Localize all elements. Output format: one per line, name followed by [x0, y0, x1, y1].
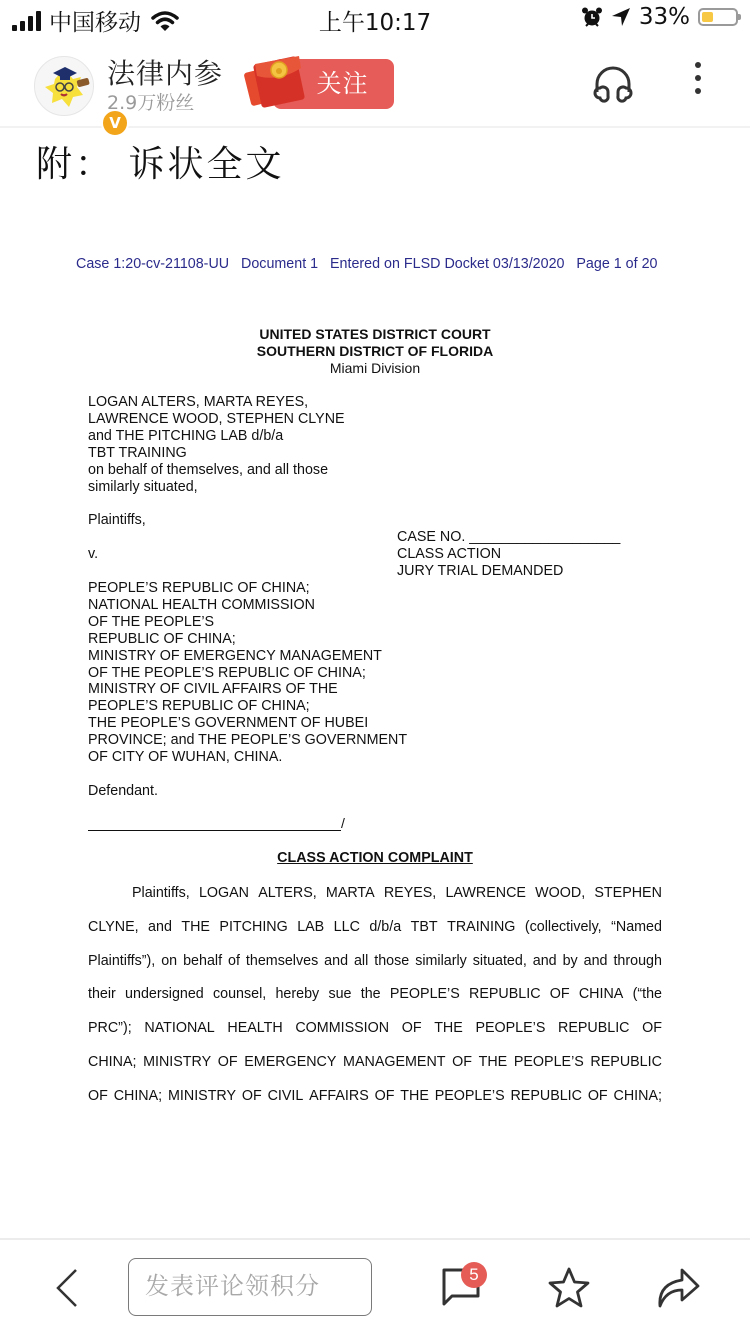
jury-demand-line: JURY TRIAL DEMANDED — [397, 563, 620, 580]
paragraph-line: Plaintiffs”),onbehalfofthemselvesandallt… — [88, 952, 662, 986]
share-icon[interactable] — [654, 1266, 702, 1310]
defendant-block: PEOPLE’S REPUBLIC OF CHINA; NATIONAL HEA… — [88, 580, 407, 766]
follow-control[interactable]: 关注 — [243, 54, 395, 112]
account-name[interactable]: 法律内参 — [107, 52, 223, 92]
paragraph-line: PRC”);NATIONALHEALTHCOMMISSIONOFTHEPEOPL… — [88, 1019, 662, 1053]
court-caption: UNITED STATES DISTRICT COURT SOUTHERN DI… — [0, 326, 750, 377]
article-heading: 附： 诉状全文 — [36, 136, 284, 187]
paragraph-line: theirundersignedcounsel,herebysuethePEOP… — [88, 985, 662, 1019]
plaintiffs-label: Plaintiffs, — [88, 512, 146, 529]
article-header: V 法律内参 2.9万粉丝 关注 — [0, 40, 750, 128]
signature-slash: / — [341, 815, 345, 831]
headphone-icon[interactable] — [592, 62, 634, 104]
plaintiff-line: and THE PITCHING LAB d/b/a — [88, 428, 345, 445]
court-line: Miami Division — [0, 360, 750, 377]
red-packet-icon — [243, 54, 307, 112]
defendant-line: MINISTRY OF EMERGENCY MANAGEMENT — [88, 648, 407, 665]
case-info: CASE NO. ___________________ CLASS ACTIO… — [397, 529, 620, 580]
case-type-line: CLASS ACTION — [397, 546, 620, 563]
signature-line — [88, 822, 341, 831]
avatar[interactable]: V — [34, 56, 94, 116]
docket-header: Case 1:20-cv-21108-UU Document 1 Entered… — [76, 256, 657, 272]
alarm-icon — [581, 6, 603, 28]
bottom-toolbar: 发表评论领积分 — [0, 1238, 750, 1334]
more-options-icon[interactable] — [686, 62, 710, 102]
paragraph-line: OFCHINA;MINISTRYOFCIVILAFFAIRSOFTHEPEOPL… — [88, 1087, 662, 1121]
defendant-label: Defendant. — [88, 783, 158, 800]
defendant-line: PEOPLE’S REPUBLIC OF CHINA; — [88, 698, 407, 715]
paragraph-line: CLYNE,andTHEPITCHINGLABLLCd/b/aTBTTRAINI… — [88, 918, 662, 952]
plaintiff-line: TBT TRAINING — [88, 445, 345, 462]
battery-percent: 33% — [639, 4, 690, 30]
defendant-line: OF THE PEOPLE’S REPUBLIC OF CHINA; — [88, 665, 407, 682]
paragraph-line: CHINA;MINISTRYOFEMERGENCYMANAGEMENTOFTHE… — [88, 1053, 662, 1087]
court-line: UNITED STATES DISTRICT COURT — [0, 326, 750, 343]
plaintiff-line: similarly situated, — [88, 479, 345, 496]
plaintiff-line: LOGAN ALTERS, MARTA REYES, — [88, 394, 345, 411]
fan-count: 2.9万粉丝 — [107, 88, 194, 115]
defendant-line: NATIONAL HEALTH COMMISSION — [88, 597, 407, 614]
star-icon[interactable] — [546, 1266, 592, 1310]
court-line: SOUTHERN DISTRICT OF FLORIDA — [0, 343, 750, 360]
defendant-line: OF THE PEOPLE’S — [88, 614, 407, 631]
comment-count-badge: 5 — [461, 1262, 487, 1288]
versus-label: v. — [88, 546, 98, 563]
defendant-line: MINISTRY OF CIVIL AFFAIRS OF THE — [88, 681, 407, 698]
plaintiff-line: LAWRENCE WOOD, STEPHEN CLYNE — [88, 411, 345, 428]
complaint-title: CLASS ACTION COMPLAINT — [0, 850, 750, 866]
location-icon — [611, 7, 631, 27]
defendant-line: PEOPLE’S REPUBLIC OF CHINA; — [88, 580, 407, 597]
defendant-line: REPUBLIC OF CHINA; — [88, 631, 407, 648]
plaintiff-block: LOGAN ALTERS, MARTA REYES, LAWRENCE WOOD… — [88, 394, 345, 495]
mascot-icon — [35, 57, 93, 115]
complaint-paragraph: Plaintiffs,LOGANALTERS,MARTAREYES,LAWREN… — [88, 884, 662, 1121]
defendant-line: OF CITY OF WUHAN, CHINA. — [88, 749, 407, 766]
defendant-line: PROVINCE; and THE PEOPLE’S GOVERNMENT — [88, 732, 407, 749]
status-bar: 中国移动 上午10:17 33% — [0, 0, 750, 40]
case-number-line: CASE NO. ___________________ — [397, 529, 620, 546]
defendant-line: THE PEOPLE’S GOVERNMENT OF HUBEI — [88, 715, 407, 732]
comment-input[interactable]: 发表评论领积分 — [128, 1258, 372, 1316]
battery-icon — [698, 8, 738, 26]
paragraph-line: Plaintiffs,LOGANALTERS,MARTAREYES,LAWREN… — [88, 884, 662, 918]
back-icon[interactable] — [52, 1268, 82, 1308]
plaintiff-line: on behalf of themselves, and all those — [88, 462, 345, 479]
